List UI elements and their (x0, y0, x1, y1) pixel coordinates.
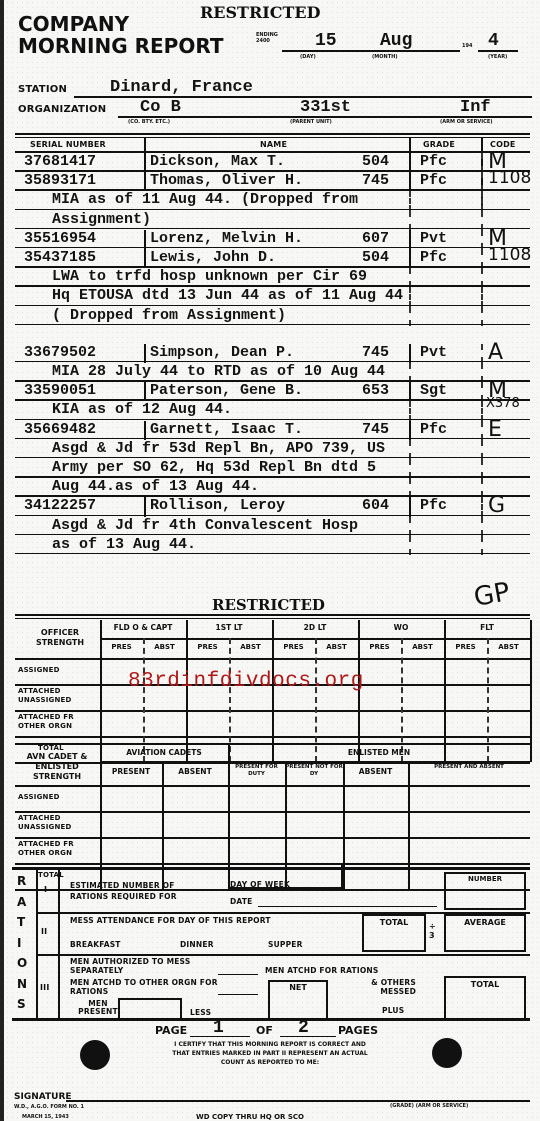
enlisted-row-label: ATTACHED FR OTHER ORGN (18, 840, 98, 858)
signature-label: SIGNATURE (14, 1092, 72, 1102)
remark-text: MIA as of 11 Aug 44. (Dropped from (52, 191, 358, 208)
grade: Pfc (420, 172, 447, 189)
divide-by-three: ÷ 3 (429, 922, 439, 940)
form-date: MARCH 15, 1943 (22, 1114, 69, 1120)
remark-text: MIA 28 July 44 to RTD as of 10 Aug 44 (52, 363, 385, 380)
remark-row: Army per SO 62, Hq 53d Repl Bn dtd 5 (0, 459, 540, 478)
remark-text: LWA to trfd hosp unknown per Cir 69 (52, 268, 367, 285)
remark-row: as of 13 Aug 44. (0, 536, 540, 555)
officer-subcol-header: PRES (100, 643, 143, 651)
supper-label: SUPPER (268, 940, 303, 949)
form-title-line1: COMPANY (18, 12, 129, 36)
enlisted-col-header: ABSENT (162, 768, 228, 775)
report-month: Aug (380, 31, 412, 51)
soldier-name: Rollison, Leroy (150, 497, 285, 514)
officer-top-rule (15, 614, 530, 616)
enlisted-col-header: PRESENT NOT FOR DY (285, 764, 343, 778)
serial-number: 37681417 (24, 153, 96, 170)
table-row: 33679502Simpson, Dean P.745PvtA (0, 344, 540, 363)
remark-row: LWA to trfd hosp unknown per Cir 69 (0, 268, 540, 287)
grade: Pfc (420, 249, 447, 266)
morning-report-page: RESTRICTED COMPANY MORNING REPORT ENDING… (0, 0, 540, 1121)
organization-label: ORGANIZATION (18, 104, 106, 115)
officer-group-header: 1ST LT (186, 623, 272, 632)
remark-text: Assignment) (52, 211, 151, 228)
date-underline (282, 50, 460, 52)
others-messed-label: & OTHERS MESSED (336, 978, 416, 996)
officer-subcol-header: ABST (143, 643, 186, 651)
mos-code: 653 (362, 382, 389, 399)
remark-row: MIA 28 July 44 to RTD as of 10 Aug 44 (0, 363, 540, 382)
serial-number: 33679502 (24, 344, 96, 361)
officer-subcol-header: ABST (487, 643, 530, 651)
enlisted-row-label: ASSIGNED (18, 793, 98, 802)
remark-text: Aug 44.as of 13 Aug 44. (52, 478, 259, 495)
plus-label: PLUS (382, 1006, 404, 1015)
grade: Pvt (420, 344, 447, 361)
officer-subcol-header: ABST (401, 643, 444, 651)
serial-number: 34122257 (24, 497, 96, 514)
table-row: 34122257Rollison, Leroy604PfcG (0, 497, 540, 516)
classification-mid: RESTRICTED (212, 596, 325, 614)
certify-line1: I CERTIFY THAT THIS MORNING REPORT IS CO… (130, 1040, 410, 1049)
enlisted-strength-title: AVN CADET & ENLISTED STRENGTH (12, 752, 102, 782)
serial-number: 35893171 (24, 172, 96, 189)
remark-text: as of 13 Aug 44. (52, 536, 196, 553)
table-top-rule2 (15, 137, 530, 138)
soldier-name: Lewis, John D. (150, 249, 276, 266)
table-row: 35669482Garnett, Isaac T.745PfcE (0, 421, 540, 440)
soldier-name: Simpson, Dean P. (150, 344, 294, 361)
rations-side-letter: A (17, 895, 26, 909)
punch-hole-right (432, 1038, 462, 1068)
handwritten-initials: GP (472, 577, 512, 613)
serial-number: 35669482 (24, 421, 96, 438)
day-of-week-label: DAY OF WEEK (230, 880, 290, 889)
mos-code: 504 (362, 153, 389, 170)
soldier-name: Paterson, Gene B. (150, 382, 303, 399)
date-label: DATE (230, 897, 253, 906)
men-present-box[interactable] (118, 998, 182, 1020)
rations-side-letter: T (17, 915, 25, 929)
rations-side-letter: R (17, 874, 26, 888)
rations-total-label: TOTAL (446, 980, 524, 989)
of-label: OF (256, 1024, 273, 1037)
remark-row: ( Dropped from Assignment) (0, 307, 540, 326)
officer-subcol-header: PRES (272, 643, 315, 651)
mess-attendance-label: MESS ATTENDANCE FOR DAY OF THIS REPORT (70, 916, 271, 925)
rations-side-letter: S (17, 997, 26, 1011)
enlisted-top-rule (15, 743, 530, 745)
remark-text: Army per SO 62, Hq 53d Repl Bn dtd 5 (52, 459, 376, 476)
officer-row-label: ASSIGNED (18, 666, 98, 675)
mess-total-label: TOTAL (364, 918, 424, 927)
officer-subcol-header: PRES (186, 643, 229, 651)
org-parent-unit: 331st (300, 98, 351, 117)
atchd-other-label: MEN ATCHD TO OTHER ORGN FOR RATIONS (70, 978, 220, 996)
rations-required-label: ESTIMATED NUMBER OF RATIONS REQUIRED FOR (70, 880, 210, 902)
arm-caption: (ARM OR SERVICE) (440, 119, 493, 125)
form-id: W.D., A.G.O. FORM NO. 1 (14, 1104, 84, 1110)
remark-row: Asgd & Jd fr 4th Convalescent Hosp (0, 517, 540, 536)
mos-code: 604 (362, 497, 389, 514)
col-header-name: NAME (260, 140, 287, 149)
ending-label: ENDING 2400 (256, 32, 280, 44)
day-caption: (DAY) (300, 54, 316, 60)
remark-row: Assignment) (0, 211, 540, 230)
table-row: 35437185Lewis, John D.504Pfc1108 (0, 249, 540, 268)
form-title-line2: MORNING REPORT (18, 34, 223, 58)
officer-subcol-header: PRES (444, 643, 487, 651)
enlisted-col-header: PRESENT AND ABSENT (408, 764, 530, 771)
status-code: 1108 (488, 168, 531, 188)
total-pages: 2 (298, 1018, 309, 1038)
rations-section3-numeral: III (40, 983, 50, 992)
grade: Pfc (420, 421, 447, 438)
officer-row-label: ATTACHED FR OTHER ORGN (18, 713, 98, 731)
officer-subcol-header: PRES (358, 643, 401, 651)
year-caption: (YEAR) (488, 54, 507, 60)
enlisted-men-header: ENLISTED MEN (228, 748, 530, 757)
certify-line2: THAT ENTRIES MARKED IN PART II REPRESENT… (130, 1049, 410, 1058)
col-header-serial: SERIAL NUMBER (30, 140, 106, 149)
remark-text: ( Dropped from Assignment) (52, 307, 286, 324)
mos-code: 745 (362, 421, 389, 438)
rations-side-letter: O (17, 956, 27, 970)
grade: Pfc (420, 153, 447, 170)
row-rule (15, 553, 530, 555)
aviation-cadets-header: AVIATION CADETS (100, 748, 228, 757)
classification-top: RESTRICTED (200, 3, 320, 22)
soldier-name: Lorenz, Melvin H. (150, 230, 303, 247)
grade-caption: (GRADE) (ARM OR SERVICE) (390, 1103, 468, 1109)
table-row: 37681417Dickson, Max T.504PfcM (0, 153, 540, 172)
station-label: STATION (18, 84, 67, 95)
mess-separately-label: MEN AUTHORIZED TO MESS SEPARATELY (70, 957, 220, 975)
col-header-grade: GRADE (423, 140, 455, 149)
certify-line3: COUNT AS REPORTED TO ME: (130, 1058, 410, 1067)
org-company: Co B (140, 98, 181, 117)
remark-row: KIA as of 12 Aug 44. (0, 401, 540, 420)
page-number: 1 (213, 1018, 224, 1038)
station-value: Dinard, France (110, 78, 253, 97)
pages-label: PAGES (338, 1024, 378, 1037)
officer-group-header: FLD O & CAPT (100, 623, 186, 632)
col-header-code: CODE (490, 140, 516, 149)
table-row: 35893171Thomas, Oliver H.745Pfc1108 (0, 172, 540, 191)
table-row: 33590051Paterson, Gene B.653SgtMX378 (0, 382, 540, 401)
mos-code: 504 (362, 249, 389, 266)
org-arm: Inf (460, 98, 491, 117)
atchd-for-rations-label: MEN ATCHD FOR RATIONS (265, 966, 378, 975)
remark-text: Hq ETOUSA dtd 13 Jun 44 as of 11 Aug 44 (52, 287, 403, 304)
remark-text: Asgd & Jd fr 4th Convalescent Hosp (52, 517, 358, 534)
wd-copy: WD COPY THRU HQ OR SCO (196, 1113, 304, 1121)
report-day: 15 (315, 31, 337, 51)
officer-row-label: ATTACHED UNASSIGNED (18, 687, 98, 705)
net-label: NET (270, 983, 326, 992)
soldier-name: Garnett, Isaac T. (150, 421, 303, 438)
remark-text: KIA as of 12 Aug 44. (52, 401, 232, 418)
remark-row: Aug 44.as of 13 Aug 44. (0, 478, 540, 497)
men-present-label: MEN PRESENT (78, 1000, 118, 1016)
year-prefix: 194 (462, 43, 472, 49)
grade: Pfc (420, 497, 447, 514)
signature-line[interactable] (66, 1100, 530, 1102)
officer-group-header: WO (358, 623, 444, 632)
punch-hole-left (80, 1040, 110, 1070)
serial-number: 35437185 (24, 249, 96, 266)
company-caption: (CO. BTY. ETC.) (128, 119, 170, 125)
enlisted-col-header: PRESENT FOR DUTY (228, 764, 285, 778)
dinner-label: DINNER (180, 940, 214, 949)
less-label: LESS (190, 1008, 211, 1017)
grade: Pvt (420, 230, 447, 247)
rations-section2-numeral: II (41, 927, 47, 936)
soldier-name: Dickson, Max T. (150, 153, 285, 170)
remark-text: Asgd & Jd fr 53d Repl Bn, APO 739, US (52, 440, 385, 457)
officer-strength-title: OFFICER STRENGTH (20, 628, 100, 648)
remark-row: MIA as of 11 Aug 44. (Dropped from (0, 191, 540, 210)
officer-subcol-header: ABST (229, 643, 272, 651)
mos-code: 607 (362, 230, 389, 247)
breakfast-label: BREAKFAST (70, 940, 121, 949)
mos-code: 745 (362, 172, 389, 189)
remark-row: Hq ETOUSA dtd 13 Jun 44 as of 11 Aug 44 (0, 287, 540, 306)
table-row: 35516954Lorenz, Melvin H.607PvtM (0, 230, 540, 249)
average-label: AVERAGE (446, 918, 524, 927)
certification-text: I CERTIFY THAT THIS MORNING REPORT IS CO… (130, 1040, 410, 1067)
report-year: 4 (488, 31, 499, 51)
rations-side-letter: I (17, 936, 21, 950)
rations-top-rule (12, 867, 530, 870)
serial-number: 33590051 (24, 382, 96, 399)
month-caption: (MONTH) (372, 54, 398, 60)
officer-subcol-header: ABST (315, 643, 358, 651)
watermark: 83rdinfdivdocs.org (128, 670, 364, 693)
soldier-name: Thomas, Oliver H. (150, 172, 303, 189)
rations-section1-numeral: I (44, 885, 47, 894)
status-code: 1108 (488, 245, 531, 265)
number-label: NUMBER (446, 875, 524, 883)
grade: Sgt (420, 382, 447, 399)
enlisted-col-header: ABSENT (343, 768, 408, 775)
enlisted-row-label: ATTACHED UNASSIGNED (18, 814, 98, 832)
rations-side-letter: N (17, 977, 27, 991)
table-top-rule (15, 133, 530, 135)
remark-row: Asgd & Jd fr 53d Repl Bn, APO 739, US (0, 440, 540, 459)
mos-code: 745 (362, 344, 389, 361)
row-rule (15, 324, 530, 326)
officer-group-header: 2D LT (272, 623, 358, 632)
page-label: PAGE (155, 1024, 187, 1037)
parent-caption: (PARENT UNIT) (290, 119, 332, 125)
officer-group-header: FLT (444, 623, 530, 632)
enlisted-col-header: PRESENT (100, 768, 162, 775)
serial-number: 35516954 (24, 230, 96, 247)
